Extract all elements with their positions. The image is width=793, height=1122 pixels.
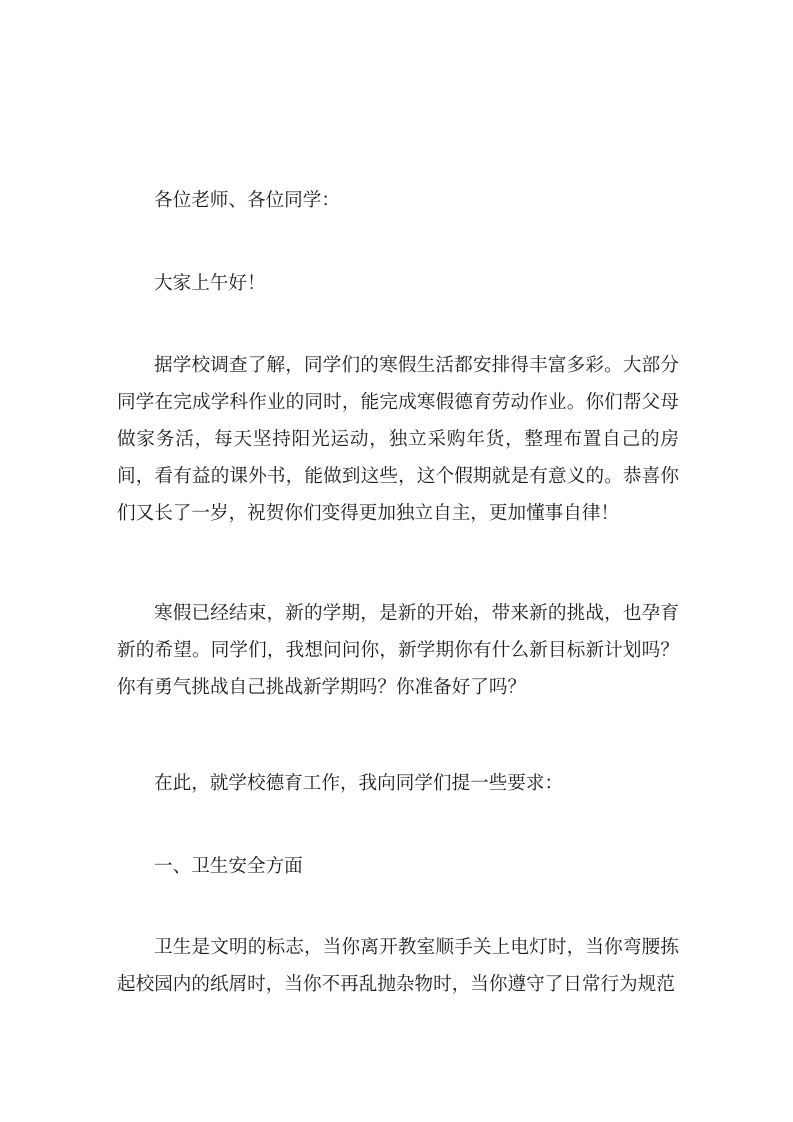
greeting: 大家上午好！ — [117, 265, 679, 302]
hygiene-paragraph: 卫生是文明的标志，当你离开教室顺手关上电灯时，当你弯腰拣起校园内的纸屑时，当你不… — [117, 929, 679, 1003]
salutation: 各位老师、各位同学： — [117, 182, 679, 219]
section-1-heading: 一、卫生安全方面 — [117, 848, 679, 885]
new-semester-paragraph: 寒假已经结束，新的学期，是新的开始，带来新的挑战，也孕育新的希望。同学们，我想问… — [117, 595, 679, 706]
winter-break-summary-paragraph: 据学校调查了解，同学们的寒假生活都安排得丰富多彩。大部分同学在完成学科作业的同时… — [117, 347, 679, 532]
requirements-intro-paragraph: 在此，就学校德育工作，我向同学们提一些要求： — [117, 765, 679, 802]
